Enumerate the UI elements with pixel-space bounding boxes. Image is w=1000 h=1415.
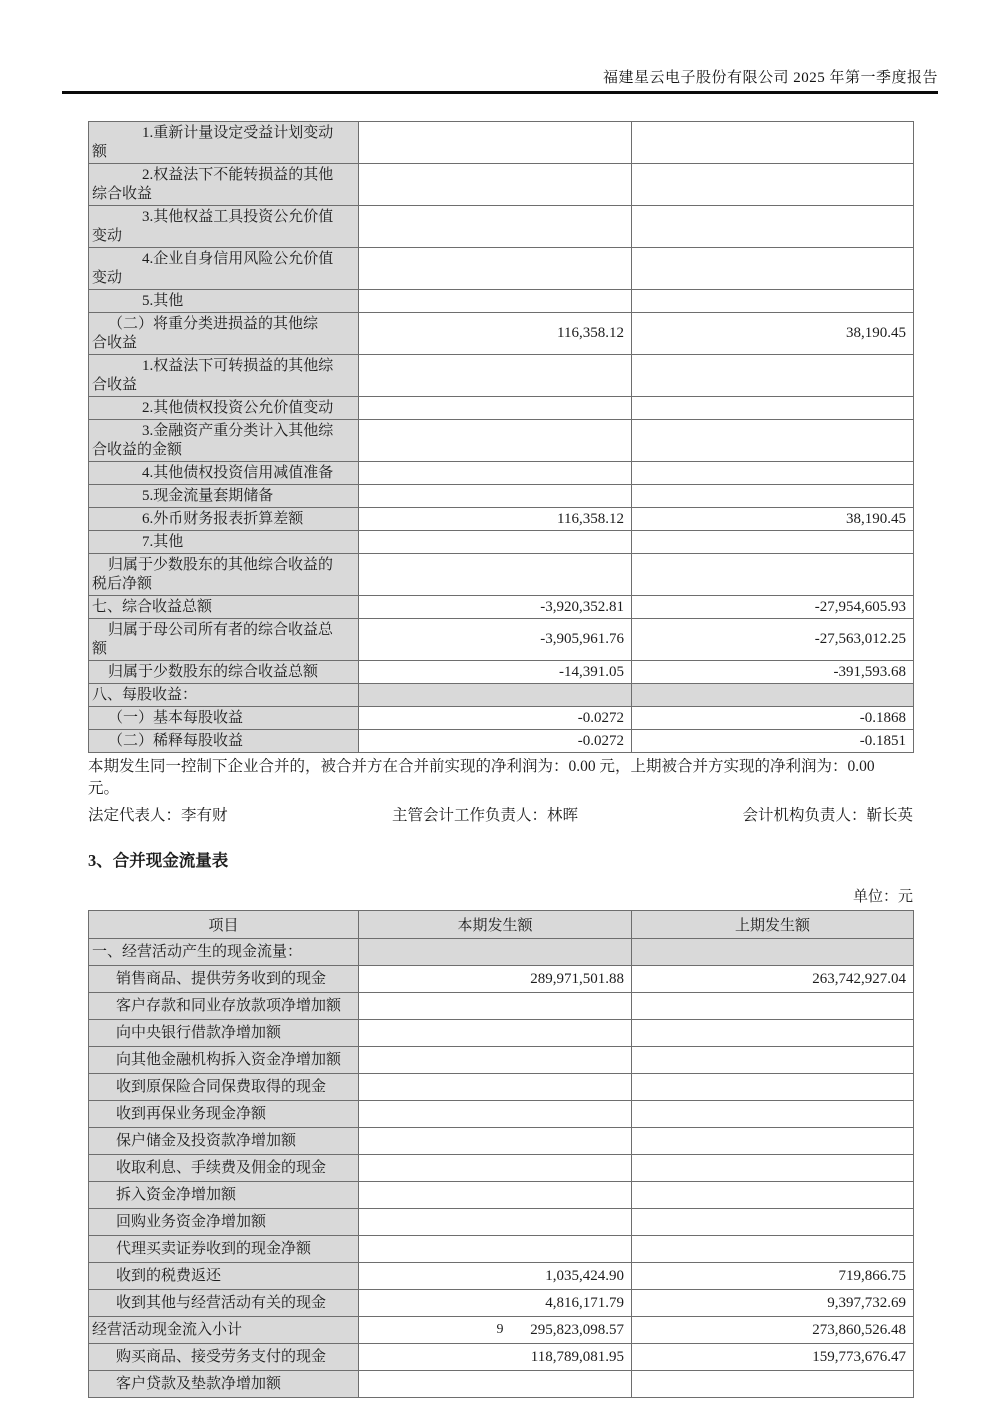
prior-period-value bbox=[632, 1101, 914, 1128]
table-row: 收到的税费返还1,035,424.90719,866.75 bbox=[89, 1263, 914, 1290]
current-period-value: 118,789,081.95 bbox=[359, 1344, 632, 1371]
table-row: 1.重新计量设定受益计划变动 额 bbox=[89, 122, 914, 164]
table-row: 5.现金流量套期储备 bbox=[89, 485, 914, 508]
row-label: 5.其他 bbox=[89, 290, 359, 313]
accounting-org-head: 会计机构负责人：靳长英 bbox=[742, 805, 913, 827]
current-period-value bbox=[359, 684, 632, 707]
row-label: 收到再保业务现金净额 bbox=[89, 1101, 359, 1128]
row-label: 7.其他 bbox=[89, 531, 359, 554]
current-period-value bbox=[359, 355, 632, 397]
table-row: 拆入资金净增加额 bbox=[89, 1182, 914, 1209]
prior-period-value bbox=[632, 420, 914, 462]
prior-period-value bbox=[632, 1236, 914, 1263]
prior-period-value bbox=[632, 531, 914, 554]
prior-period-value bbox=[632, 206, 914, 248]
row-label: 收到其他与经营活动有关的现金 bbox=[89, 1290, 359, 1317]
table-row: 归属于少数股东的综合收益总额-14,391.05-391,593.68 bbox=[89, 661, 914, 684]
current-period-value bbox=[359, 290, 632, 313]
prior-period-value: 38,190.45 bbox=[632, 508, 914, 531]
table-row: 购买商品、接受劳务支付的现金118,789,081.95159,773,676.… bbox=[89, 1344, 914, 1371]
current-period-value: 116,358.12 bbox=[359, 508, 632, 531]
row-label: 1.权益法下可转损益的其他综 合收益 bbox=[89, 355, 359, 397]
header-double-rule bbox=[62, 91, 938, 94]
current-period-value bbox=[359, 1209, 632, 1236]
current-period-value bbox=[359, 1155, 632, 1182]
row-label: 1.重新计量设定受益计划变动 额 bbox=[89, 122, 359, 164]
row-label: 收到原保险合同保费取得的现金 bbox=[89, 1074, 359, 1101]
current-period-value bbox=[359, 1020, 632, 1047]
legal-representative: 法定代表人：李有财 bbox=[88, 805, 228, 827]
row-label: 6.外币财务报表折算差额 bbox=[89, 508, 359, 531]
row-label: 购买商品、接受劳务支付的现金 bbox=[89, 1344, 359, 1371]
table-row: 归属于母公司所有者的综合收益总 额-3,905,961.76-27,563,01… bbox=[89, 619, 914, 661]
row-label: 归属于少数股东的综合收益总额 bbox=[89, 661, 359, 684]
current-period-value: -0.0272 bbox=[359, 730, 632, 753]
current-period-value: 1,035,424.90 bbox=[359, 1263, 632, 1290]
row-label: 回购业务资金净增加额 bbox=[89, 1209, 359, 1236]
row-label: （一）基本每股收益 bbox=[89, 707, 359, 730]
current-period-value: 4,816,171.79 bbox=[359, 1290, 632, 1317]
prior-period-value: -0.1868 bbox=[632, 707, 914, 730]
table-row: （一）基本每股收益-0.0272-0.1868 bbox=[89, 707, 914, 730]
signature-line: 法定代表人：李有财 主管会计工作负责人：林晖 会计机构负责人：靳长英 bbox=[88, 805, 913, 827]
row-label: 拆入资金净增加额 bbox=[89, 1182, 359, 1209]
prior-period-value: -27,954,605.93 bbox=[632, 596, 914, 619]
row-label: 八、每股收益： bbox=[89, 684, 359, 707]
page-content: 1.重新计量设定受益计划变动 额2.权益法下不能转损益的其他 综合收益3.其他权… bbox=[88, 121, 913, 1398]
current-period-value bbox=[359, 531, 632, 554]
table-row: 2.其他债权投资公允价值变动 bbox=[89, 397, 914, 420]
prior-period-value bbox=[632, 485, 914, 508]
page-number: 9 bbox=[0, 1322, 1000, 1338]
table-row: 归属于少数股东的其他综合收益的 税后净额 bbox=[89, 554, 914, 596]
table-row: （二）稀释每股收益-0.0272-0.1851 bbox=[89, 730, 914, 753]
current-period-value bbox=[359, 1074, 632, 1101]
row-label: 2.其他债权投资公允价值变动 bbox=[89, 397, 359, 420]
current-period-value bbox=[359, 485, 632, 508]
column-header-current-period: 本期发生额 bbox=[359, 911, 632, 939]
prior-period-value: 263,742,927.04 bbox=[632, 966, 914, 993]
prior-period-value bbox=[632, 290, 914, 313]
current-period-value bbox=[359, 206, 632, 248]
column-header-item: 项目 bbox=[89, 911, 359, 939]
row-label: 七、综合收益总额 bbox=[89, 596, 359, 619]
row-label: 代理买卖证券收到的现金净额 bbox=[89, 1236, 359, 1263]
table-row: （二）将重分类进损益的其他综 合收益116,358.1238,190.45 bbox=[89, 313, 914, 355]
comprehensive-income-table: 1.重新计量设定受益计划变动 额2.权益法下不能转损益的其他 综合收益3.其他权… bbox=[88, 121, 914, 753]
table-row: 八、每股收益： bbox=[89, 684, 914, 707]
table-row: 1.权益法下可转损益的其他综 合收益 bbox=[89, 355, 914, 397]
row-label: 5.现金流量套期储备 bbox=[89, 485, 359, 508]
row-label: 客户贷款及垫款净增加额 bbox=[89, 1371, 359, 1398]
row-label: 4.其他债权投资信用减值准备 bbox=[89, 462, 359, 485]
row-label: 归属于母公司所有者的综合收益总 额 bbox=[89, 619, 359, 661]
report-page: 福建星云电子股份有限公司 2025 年第一季度报告 1.重新计量设定受益计划变动… bbox=[0, 0, 1000, 1415]
section-title: 3、合并现金流量表 bbox=[88, 849, 913, 873]
prior-period-value bbox=[632, 462, 914, 485]
row-label: 向其他金融机构拆入资金净增加额 bbox=[89, 1047, 359, 1074]
current-period-value bbox=[359, 122, 632, 164]
current-period-value: 116,358.12 bbox=[359, 313, 632, 355]
prior-period-value bbox=[632, 684, 914, 707]
merger-note: 本期发生同一控制下企业合并的，被合并方在合并前实现的净利润为：0.00 元，上期… bbox=[88, 756, 913, 800]
table-row: 3.其他权益工具投资公允价值 变动 bbox=[89, 206, 914, 248]
table-row: 5.其他 bbox=[89, 290, 914, 313]
table-row: 4.其他债权投资信用减值准备 bbox=[89, 462, 914, 485]
table-row: 向中央银行借款净增加额 bbox=[89, 1020, 914, 1047]
prior-period-value bbox=[632, 397, 914, 420]
row-label: 收取利息、手续费及佣金的现金 bbox=[89, 1155, 359, 1182]
table-row: 代理买卖证券收到的现金净额 bbox=[89, 1236, 914, 1263]
table-row: 收取利息、手续费及佣金的现金 bbox=[89, 1155, 914, 1182]
row-label: 销售商品、提供劳务收到的现金 bbox=[89, 966, 359, 993]
table-row: 收到其他与经营活动有关的现金4,816,171.799,397,732.69 bbox=[89, 1290, 914, 1317]
table-row: 保户储金及投资款净增加额 bbox=[89, 1128, 914, 1155]
table-row: 6.外币财务报表折算差额116,358.1238,190.45 bbox=[89, 508, 914, 531]
current-period-value bbox=[359, 1182, 632, 1209]
row-label: 4.企业自身信用风险公允价值 变动 bbox=[89, 248, 359, 290]
unit-label: 单位：元 bbox=[88, 887, 913, 907]
row-label: （二）将重分类进损益的其他综 合收益 bbox=[89, 313, 359, 355]
prior-period-value: -391,593.68 bbox=[632, 661, 914, 684]
prior-period-value bbox=[632, 1182, 914, 1209]
prior-period-value bbox=[632, 355, 914, 397]
table-row: 收到原保险合同保费取得的现金 bbox=[89, 1074, 914, 1101]
table-row: 2.权益法下不能转损益的其他 综合收益 bbox=[89, 164, 914, 206]
current-period-value bbox=[359, 1128, 632, 1155]
row-label: 向中央银行借款净增加额 bbox=[89, 1020, 359, 1047]
row-label: 3.金融资产重分类计入其他综 合收益的金额 bbox=[89, 420, 359, 462]
current-period-value bbox=[359, 1236, 632, 1263]
current-period-value bbox=[359, 248, 632, 290]
current-period-value bbox=[359, 939, 632, 966]
prior-period-value: 38,190.45 bbox=[632, 313, 914, 355]
prior-period-value bbox=[632, 1371, 914, 1398]
current-period-value: -3,920,352.81 bbox=[359, 596, 632, 619]
prior-period-value bbox=[632, 164, 914, 206]
row-label: 3.其他权益工具投资公允价值 变动 bbox=[89, 206, 359, 248]
current-period-value bbox=[359, 397, 632, 420]
table-row: 向其他金融机构拆入资金净增加额 bbox=[89, 1047, 914, 1074]
prior-period-value: 719,866.75 bbox=[632, 1263, 914, 1290]
prior-period-value: -0.1851 bbox=[632, 730, 914, 753]
row-label: 收到的税费返还 bbox=[89, 1263, 359, 1290]
prior-period-value bbox=[632, 1128, 914, 1155]
chief-accounting-officer: 主管会计工作负责人：林晖 bbox=[392, 805, 578, 827]
prior-period-value: 159,773,676.47 bbox=[632, 1344, 914, 1371]
table-row: 一、经营活动产生的现金流量： bbox=[89, 939, 914, 966]
table-row: 4.企业自身信用风险公允价值 变动 bbox=[89, 248, 914, 290]
prior-period-value bbox=[632, 122, 914, 164]
prior-period-value bbox=[632, 939, 914, 966]
prior-period-value: 9,397,732.69 bbox=[632, 1290, 914, 1317]
table-row: 销售商品、提供劳务收到的现金289,971,501.88263,742,927.… bbox=[89, 966, 914, 993]
current-period-value bbox=[359, 993, 632, 1020]
current-period-value bbox=[359, 1101, 632, 1128]
current-period-value bbox=[359, 462, 632, 485]
table-row: 7.其他 bbox=[89, 531, 914, 554]
row-label: 保户储金及投资款净增加额 bbox=[89, 1128, 359, 1155]
prior-period-value bbox=[632, 248, 914, 290]
table-row: 七、综合收益总额-3,920,352.81-27,954,605.93 bbox=[89, 596, 914, 619]
current-period-value bbox=[359, 554, 632, 596]
table-row: 客户存款和同业存放款项净增加额 bbox=[89, 993, 914, 1020]
prior-period-value bbox=[632, 1047, 914, 1074]
column-header-prior-period: 上期发生额 bbox=[632, 911, 914, 939]
prior-period-value: -27,563,012.25 bbox=[632, 619, 914, 661]
prior-period-value bbox=[632, 1074, 914, 1101]
table-row: 收到再保业务现金净额 bbox=[89, 1101, 914, 1128]
current-period-value: 289,971,501.88 bbox=[359, 966, 632, 993]
current-period-value: -14,391.05 bbox=[359, 661, 632, 684]
prior-period-value bbox=[632, 993, 914, 1020]
table-header-row: 项目 本期发生额 上期发生额 bbox=[89, 911, 914, 939]
row-label: 客户存款和同业存放款项净增加额 bbox=[89, 993, 359, 1020]
current-period-value: -0.0272 bbox=[359, 707, 632, 730]
report-title: 福建星云电子股份有限公司 2025 年第一季度报告 bbox=[62, 66, 938, 87]
prior-period-value bbox=[632, 1020, 914, 1047]
row-label: （二）稀释每股收益 bbox=[89, 730, 359, 753]
table-row: 客户贷款及垫款净增加额 bbox=[89, 1371, 914, 1398]
current-period-value bbox=[359, 1371, 632, 1398]
row-label: 一、经营活动产生的现金流量： bbox=[89, 939, 359, 966]
current-period-value bbox=[359, 1047, 632, 1074]
current-period-value bbox=[359, 164, 632, 206]
current-period-value bbox=[359, 420, 632, 462]
running-head: 福建星云电子股份有限公司 2025 年第一季度报告 bbox=[62, 66, 938, 94]
prior-period-value bbox=[632, 1209, 914, 1236]
prior-period-value bbox=[632, 554, 914, 596]
prior-period-value bbox=[632, 1155, 914, 1182]
row-label: 归属于少数股东的其他综合收益的 税后净额 bbox=[89, 554, 359, 596]
current-period-value: -3,905,961.76 bbox=[359, 619, 632, 661]
table-row: 回购业务资金净增加额 bbox=[89, 1209, 914, 1236]
table-row: 3.金融资产重分类计入其他综 合收益的金额 bbox=[89, 420, 914, 462]
row-label: 2.权益法下不能转损益的其他 综合收益 bbox=[89, 164, 359, 206]
